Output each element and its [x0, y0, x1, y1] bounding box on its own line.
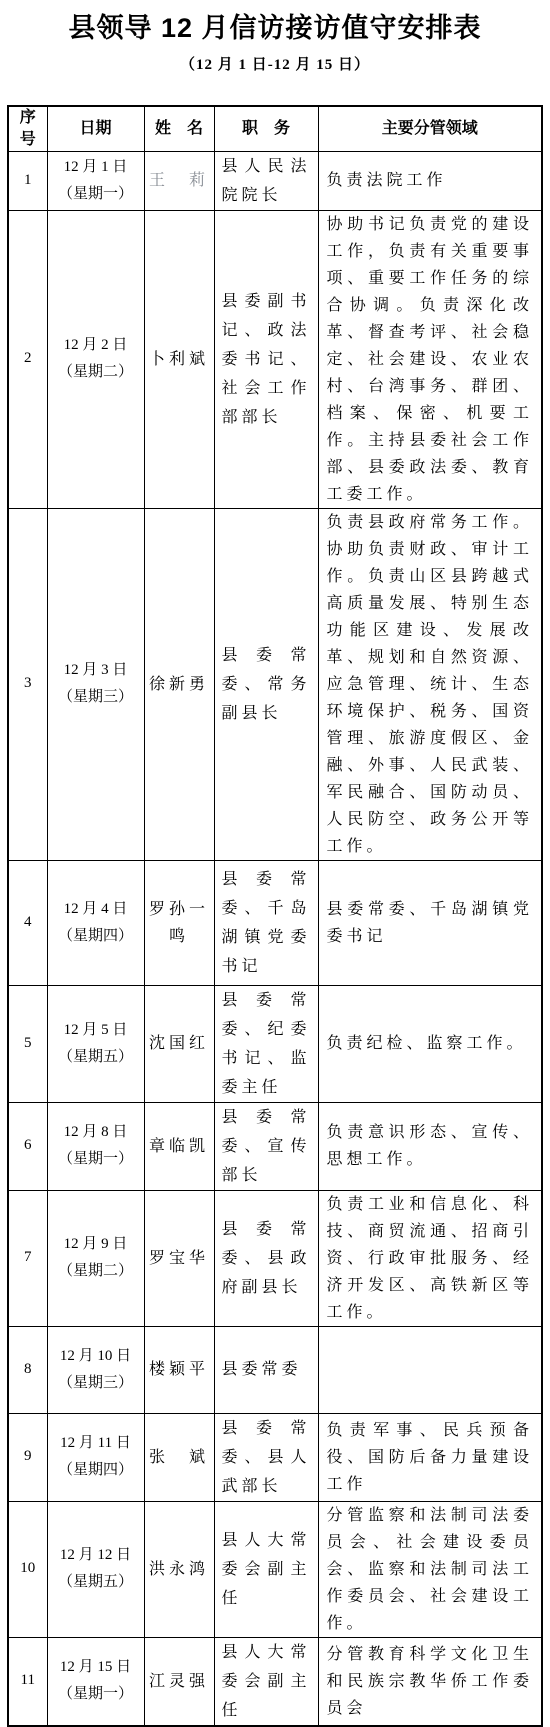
cell-duty: 负责纪检、监察工作。 — [318, 985, 542, 1102]
cell-duty: 县委常委、千岛湖镇党委书记 — [318, 860, 542, 985]
cell-date: 12 月 12 日 （星期五） — [47, 1501, 144, 1637]
page-title: 县领导 12 月信访接访值守安排表 — [0, 12, 550, 44]
cell-date: 12 月 3 日 （星期三） — [47, 508, 144, 860]
cell-name: 张 斌 — [144, 1413, 214, 1501]
duty-schedule-table: 序 号 日期 姓 名 职 务 主要分管领域 1 12 月 1 日 （星期一） 王… — [7, 105, 543, 1726]
header-date: 日期 — [47, 106, 144, 151]
cell-index: 1 — [8, 151, 47, 210]
cell-name: 江灵强 — [144, 1637, 214, 1726]
cell-position: 县人大常委会副主任 — [214, 1501, 318, 1637]
page-subtitle: （12 月 1 日-12 月 15 日） — [0, 53, 550, 74]
cell-index: 10 — [8, 1501, 47, 1637]
cell-position: 县委副书记、政法委书记、社会工作部部长 — [214, 210, 318, 508]
cell-name: 楼颖平 — [144, 1326, 214, 1413]
cell-index: 7 — [8, 1190, 47, 1326]
cell-date: 12 月 9 日 （星期二） — [47, 1190, 144, 1326]
cell-index: 3 — [8, 508, 47, 860]
cell-position: 县委常委、县人武部长 — [214, 1413, 318, 1501]
header-name: 姓 名 — [144, 106, 214, 151]
cell-date: 12 月 10 日 （星期三） — [47, 1326, 144, 1413]
cell-position: 县人民法院院长 — [214, 151, 318, 210]
cell-name: 罗宝华 — [144, 1190, 214, 1326]
cell-index: 11 — [8, 1637, 47, 1726]
header-duty: 主要分管领域 — [318, 106, 542, 151]
cell-index: 5 — [8, 985, 47, 1102]
cell-name: 王 莉 — [144, 151, 214, 210]
cell-position: 县委常委、千岛湖镇党委书记 — [214, 860, 318, 985]
cell-name: 徐新勇 — [144, 508, 214, 860]
table-row: 10 12 月 12 日 （星期五） 洪永鸿 县人大常委会副主任 分管监察和法制… — [8, 1501, 542, 1637]
cell-date: 12 月 8 日 （星期一） — [47, 1102, 144, 1190]
cell-index: 9 — [8, 1413, 47, 1501]
cell-name: 罗孙一鸣 — [144, 860, 214, 985]
cell-duty: 分管教育科学文化卫生和民族宗教华侨工作委员会 — [318, 1637, 542, 1726]
header-index: 序 号 — [8, 106, 47, 151]
cell-duty: 负责县政府常务工作。协助负责财政、审计工作。负责山区县跨越式高质量发展、特别生态… — [318, 508, 542, 860]
cell-date: 12 月 2 日 （星期二） — [47, 210, 144, 508]
table-row: 1 12 月 1 日 （星期一） 王 莉 县人民法院院长 负责法院工作 — [8, 151, 542, 210]
cell-date: 12 月 5 日 （星期五） — [47, 985, 144, 1102]
table-row: 2 12 月 2 日 （星期二） 卜利斌 县委副书记、政法委书记、社会工作部部长… — [8, 210, 542, 508]
cell-position: 县委常委、纪委书记、监委主任 — [214, 985, 318, 1102]
cell-duty: 负责意识形态、宣传、思想工作。 — [318, 1102, 542, 1190]
cell-index: 2 — [8, 210, 47, 508]
table-row: 5 12 月 5 日 （星期五） 沈国红 县委常委、纪委书记、监委主任 负责纪检… — [8, 985, 542, 1102]
cell-index: 4 — [8, 860, 47, 985]
table-row: 9 12 月 11 日 （星期四） 张 斌 县委常委、县人武部长 负责军事、民兵… — [8, 1413, 542, 1501]
cell-position: 县委常委 — [214, 1326, 318, 1413]
cell-index: 6 — [8, 1102, 47, 1190]
document-page: 县领导 12 月信访接访值守安排表 （12 月 1 日-12 月 15 日） 序… — [0, 0, 550, 1727]
cell-date: 12 月 15 日 （星期一） — [47, 1637, 144, 1726]
header-position: 职 务 — [214, 106, 318, 151]
table-row: 8 12 月 10 日 （星期三） 楼颖平 县委常委 — [8, 1326, 542, 1413]
cell-date: 12 月 11 日 （星期四） — [47, 1413, 144, 1501]
table-row: 7 12 月 9 日 （星期二） 罗宝华 县委常委、县政府副县长 负责工业和信息… — [8, 1190, 542, 1326]
cell-name: 洪永鸿 — [144, 1501, 214, 1637]
cell-duty — [318, 1326, 542, 1413]
cell-duty: 协助书记负责党的建设工作，负责有关重要事项、重要工作任务的综合协调。负责深化改革… — [318, 210, 542, 508]
cell-duty: 负责工业和信息化、科技、商贸流通、招商引资、行政审批服务、经济开发区、高铁新区等… — [318, 1190, 542, 1326]
table-row: 3 12 月 3 日 （星期三） 徐新勇 县委常委、常务副县长 负责县政府常务工… — [8, 508, 542, 860]
cell-name: 章临凯 — [144, 1102, 214, 1190]
cell-duty: 负责法院工作 — [318, 151, 542, 210]
table-row: 6 12 月 8 日 （星期一） 章临凯 县委常委、宣传部长 负责意识形态、宣传… — [8, 1102, 542, 1190]
table-row: 11 12 月 15 日 （星期一） 江灵强 县人大常委会副主任 分管教育科学文… — [8, 1637, 542, 1726]
cell-position: 县人大常委会副主任 — [214, 1637, 318, 1726]
cell-date: 12 月 1 日 （星期一） — [47, 151, 144, 210]
cell-name: 沈国红 — [144, 985, 214, 1102]
cell-date: 12 月 4 日 （星期四） — [47, 860, 144, 985]
table-row: 4 12 月 4 日 （星期四） 罗孙一鸣 县委常委、千岛湖镇党委书记 县委常委… — [8, 860, 542, 985]
cell-index: 8 — [8, 1326, 47, 1413]
cell-position: 县委常委、常务副县长 — [214, 508, 318, 860]
table-header-row: 序 号 日期 姓 名 职 务 主要分管领域 — [8, 106, 542, 151]
cell-name: 卜利斌 — [144, 210, 214, 508]
cell-position: 县委常委、宣传部长 — [214, 1102, 318, 1190]
cell-duty: 分管监察和法制司法委员会、社会建设委员会、监察和法制司法工作委员会、社会建设工作… — [318, 1501, 542, 1637]
cell-duty: 负责军事、民兵预备役、国防后备力量建设工作 — [318, 1413, 542, 1501]
cell-position: 县委常委、县政府副县长 — [214, 1190, 318, 1326]
